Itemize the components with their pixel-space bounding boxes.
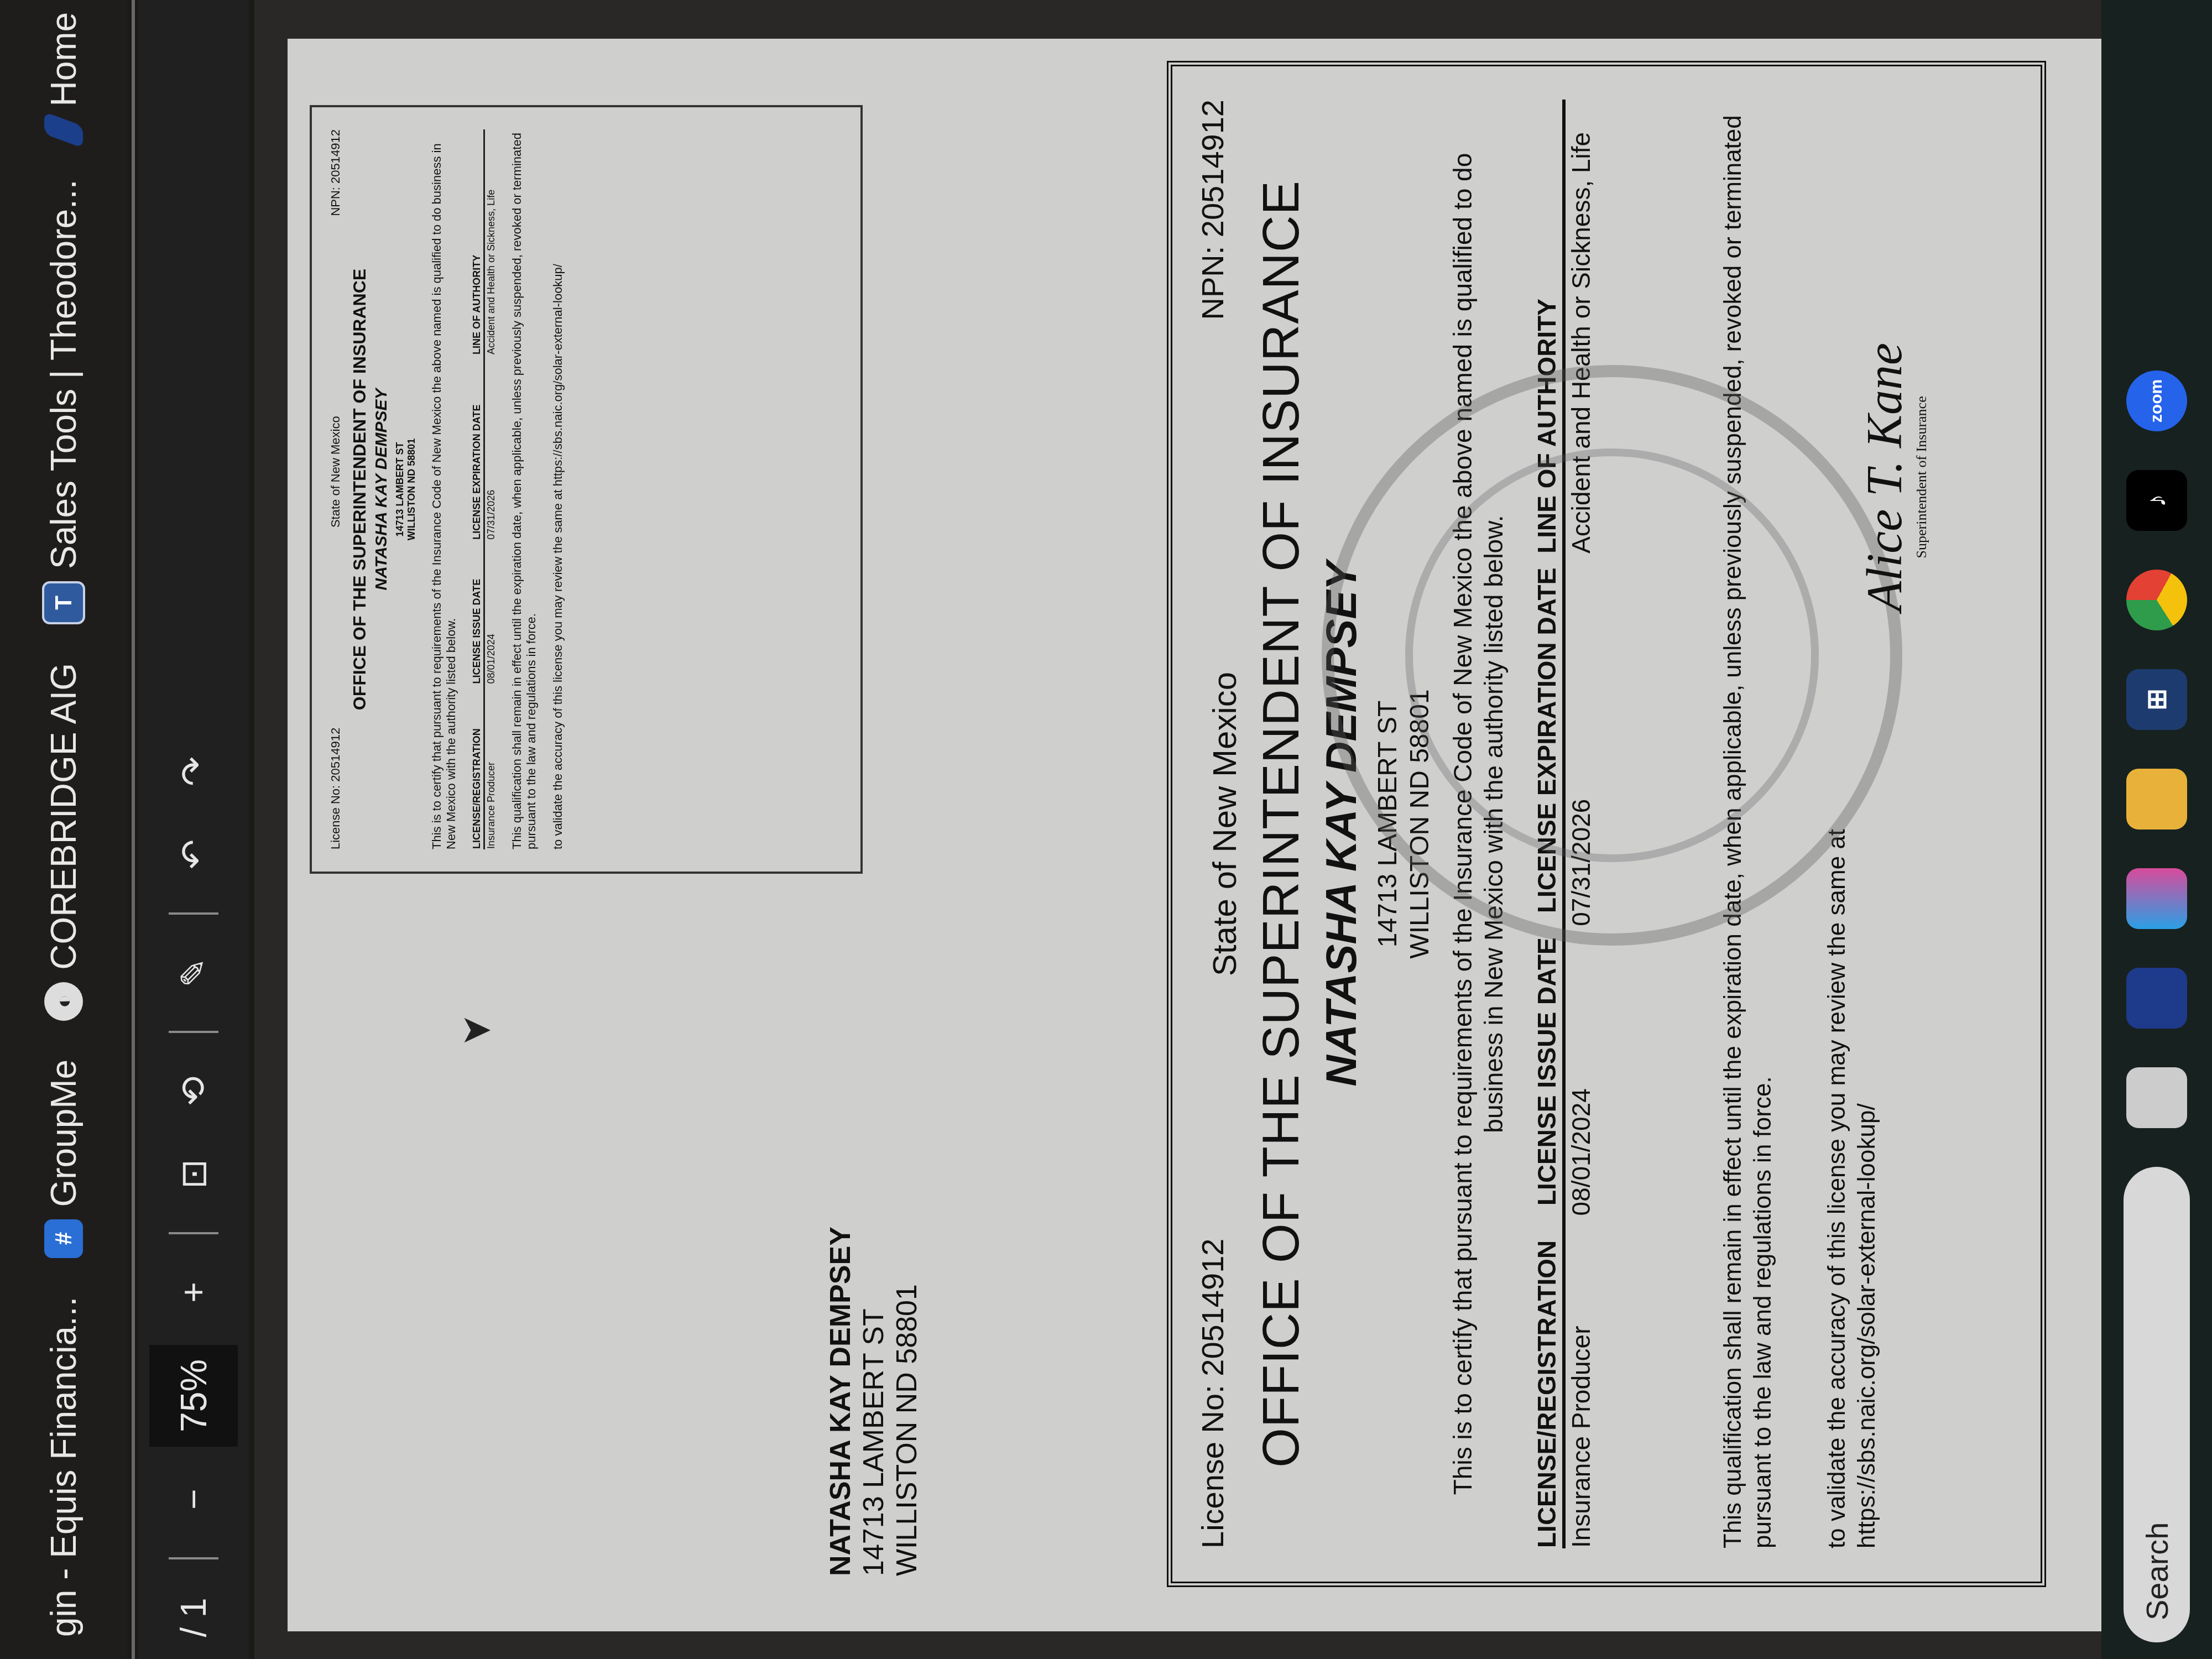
cell: 08/01/2024 <box>484 540 498 685</box>
cell: 07/31/2026 <box>484 355 498 540</box>
signature: Alice T. Kane Superintendent of Insuranc… <box>1856 343 1930 612</box>
state-label: State of New Mexico <box>328 416 343 528</box>
remain-text: This qualification shall remain in effec… <box>510 129 539 849</box>
zoom-app-label: zoom <box>2147 379 2166 422</box>
theodore-icon: T <box>42 581 85 624</box>
header: LINE OF AUTHORITY <box>471 129 484 355</box>
licensee-name: NATASHA KAY DEMPSEY <box>1316 100 1366 1548</box>
header: LICENSE EXPIRATION DATE <box>471 355 484 540</box>
signature-scrawl: Alice T. Kane <box>1856 343 1913 612</box>
tiktok-icon[interactable]: ♪ <box>2126 470 2187 531</box>
certify-text: This is to certify that pursuant to requ… <box>430 129 458 849</box>
taskbar-search[interactable]: Search <box>2124 1167 2190 1642</box>
rotate-icon: ⟲ <box>173 1076 215 1106</box>
mailing-city: WILLISTON ND 58801 <box>890 1227 924 1576</box>
validate-url: https://sbs.naic.org/solar-external-look… <box>1852 100 1882 1548</box>
header-issue-date: LICENSE ISSUE DATE <box>1531 927 1564 1217</box>
signer-title: Superintendent of Insurance <box>1913 343 1930 612</box>
bookmark-equis[interactable]: gin - Equis Financia... <box>43 1297 84 1637</box>
cell: Accident and Health or Sickness, Life <box>484 129 498 355</box>
redo-icon: ↷ <box>173 757 215 786</box>
store-icon[interactable]: ⊞ <box>2126 669 2187 730</box>
validate-text: to validate the accuracy of this license… <box>551 129 565 849</box>
draw-icon: ✎ <box>173 958 215 988</box>
header-license-registration: LICENSE/REGISTRATION <box>1531 1216 1564 1548</box>
cell: Insurance Producer <box>484 684 498 849</box>
mailing-address: NATASHA KAY DEMPSEY 14713 LAMBERT ST WIL… <box>824 1227 924 1576</box>
bookmark-label: GroupMe <box>43 1060 84 1207</box>
header: LICENSE ISSUE DATE <box>471 540 484 685</box>
license-certificate: License No: 20514912 NPN: 20514912 State… <box>1167 61 2046 1587</box>
zoom-out-button[interactable]: − <box>160 1469 227 1530</box>
chrome-icon[interactable] <box>2126 570 2187 630</box>
undo-icon: ↶ <box>173 839 215 869</box>
office-title: OFFICE OF THE SUPERINTENDENT OF INSURANC… <box>1253 100 1311 1548</box>
groupme-icon: # <box>44 1219 83 1258</box>
taskbar: Search ⊞ ♪ zoom <box>2101 0 2212 1659</box>
bookmarks-bar: gin - Equis Financia... # GroupMe ◐ CORE… <box>0 0 127 1659</box>
license-number: License No: 20514912 <box>328 728 343 849</box>
zoom-icon[interactable]: zoom <box>2126 371 2187 431</box>
npn-number: NPN: 20514912 <box>328 129 343 216</box>
mailing-street: 14713 LAMBERT ST <box>857 1227 890 1576</box>
bookmark-label: Home Page - Agent P... <box>43 0 84 107</box>
bookmark-label: Sales Tools | Theodore... <box>43 180 84 569</box>
redo-button[interactable]: ↷ <box>160 741 227 802</box>
screen: gin - Equis Financia... # GroupMe ◐ CORE… <box>0 0 2212 1659</box>
pdf-viewer[interactable]: License No: 20514912 State of New Mexico… <box>254 0 2135 1659</box>
page-indicator: / 1 <box>160 1587 227 1648</box>
fit-page-icon: ⊡ <box>173 1159 215 1189</box>
city: WILLISTON ND 58801 <box>406 129 418 849</box>
licensee-name: NATASHA KAY DEMPSEY <box>372 129 391 849</box>
corebridge-icon: ◐ <box>44 982 83 1021</box>
bookmark-groupme[interactable]: # GroupMe <box>43 1060 84 1258</box>
state-seal-icon <box>1322 365 1902 946</box>
bookmark-corebridge[interactable]: ◐ COREBRIDGE AIG <box>43 663 84 1021</box>
toolbar-separator <box>169 1031 218 1033</box>
folder-icon[interactable] <box>2126 769 2187 830</box>
office-title: OFFICE OF THE SUPERINTENDENT OF INSURANC… <box>349 129 370 849</box>
bookmark-theodore[interactable]: T Sales Tools | Theodore... <box>42 180 85 624</box>
rotate-button[interactable]: ⟲ <box>160 1061 227 1121</box>
license-table: LICENSE/REGISTRATION LICENSE ISSUE DATE … <box>471 129 498 849</box>
toolbar-separator <box>169 1232 218 1234</box>
pdf-page: License No: 20514912 State of New Mexico… <box>288 39 2135 1631</box>
bookmark-label: gin - Equis Financia... <box>43 1297 84 1637</box>
toolbar-separator <box>169 1557 218 1559</box>
street: 14713 LAMBERT ST <box>394 129 406 849</box>
draw-button[interactable]: ✎ <box>160 942 227 1003</box>
pdf-toolbar: / 1 − 75% + ⊡ ⟲ ✎ ↶ ↷ <box>138 0 249 1659</box>
certificate-thumbnail: License No: 20514912 State of New Mexico… <box>310 105 863 874</box>
mailing-name: NATASHA KAY DEMPSEY <box>824 1227 857 1576</box>
toolbar-separator <box>169 912 218 915</box>
file-explorer-icon[interactable] <box>2126 1067 2187 1128</box>
header: LICENSE/REGISTRATION <box>471 684 484 849</box>
bookmark-label: COREBRIDGE AIG <box>43 663 84 970</box>
copilot-icon[interactable] <box>2126 968 2187 1029</box>
issue-date: 08/01/2024 <box>1564 927 1597 1217</box>
zoom-in-button[interactable]: + <box>160 1262 227 1323</box>
fit-page-button[interactable]: ⊡ <box>160 1144 227 1204</box>
license-type: Insurance Producer <box>1564 1216 1597 1548</box>
search-placeholder: Search <box>2139 1522 2175 1620</box>
zoom-level-field[interactable]: 75% <box>149 1345 238 1447</box>
bookmark-agent-portal[interactable]: Home Page - Agent P... <box>43 0 84 141</box>
undo-button[interactable]: ↶ <box>160 824 227 885</box>
mouse-cursor-icon: ➤ <box>460 1006 493 1052</box>
state-label: State of New Mexico <box>1206 66 1244 1582</box>
divider <box>132 0 135 1659</box>
edge-icon[interactable] <box>2126 868 2187 929</box>
agent-portal-icon <box>44 112 83 148</box>
